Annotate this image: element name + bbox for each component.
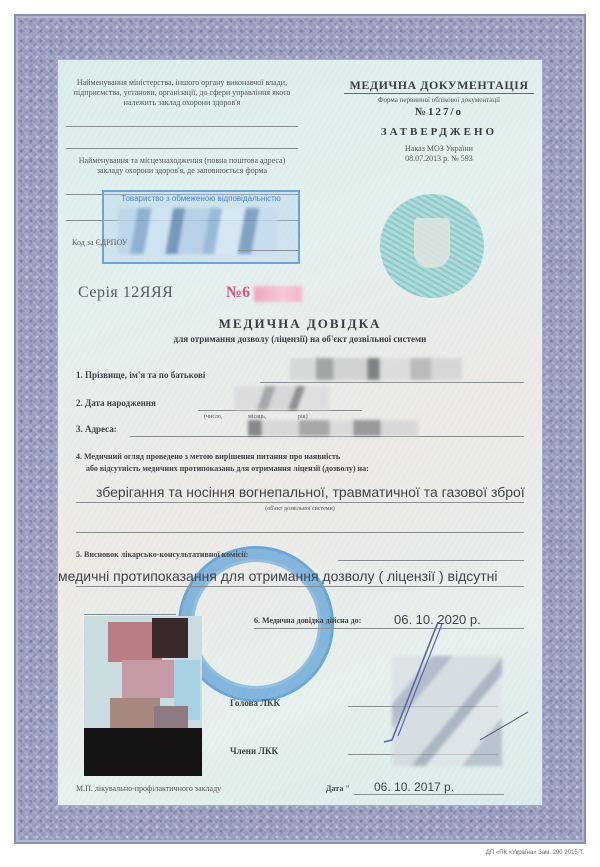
permit-object-value: зберігання та носіння вогнепальної, трав… <box>96 484 525 500</box>
hologram-emblem <box>380 194 484 298</box>
series-label: Серія 12ЯЯЯ <box>78 284 173 302</box>
medical-certificate: Найменування міністерства, іншого органу… <box>58 60 542 805</box>
section6-blank-line <box>84 614 176 615</box>
document-title: МЕДИЧНА ДОВІДКА <box>58 316 542 332</box>
redacted-stamp-content <box>118 208 278 254</box>
field-full-name-label: 1. Прізвище, ім'я та по батькові <box>76 370 205 380</box>
issue-date-line <box>354 794 504 795</box>
section4-text-2: або відсутність медичних протипоказань д… <box>86 464 369 473</box>
section5-label: 5. Висновок лікарсько-консультативної ко… <box>76 550 248 559</box>
field-birthdate-line <box>198 410 362 411</box>
authority-line-2 <box>66 148 298 149</box>
redacted-birthdate <box>234 386 330 410</box>
seal-caption: М.П. лікувально-профілактичного закладу <box>76 784 221 794</box>
redacted-full-name <box>290 358 462 380</box>
commission-head-label: Голова ЛКК <box>230 698 280 708</box>
field-full-name-line <box>260 382 524 383</box>
facility-caption: Найменування та місцезнаходження (повна … <box>66 156 298 176</box>
document-subtitle: для отримання дозволу (ліцензії) на об'є… <box>58 334 542 344</box>
section6-label: 6. Медична довідка дійсна до: <box>254 616 361 625</box>
field-birthdate-label: 2. Дата народження <box>76 398 156 408</box>
signature-stroke-icon <box>372 620 532 750</box>
approved-label: ЗАТВЕРДЖЕНО <box>344 126 534 138</box>
date-label: Дата " <box>326 784 350 793</box>
order-line-2: 08.07.2013 р. № 593 <box>344 154 534 164</box>
print-mark: ДП «ПК «Україна» Зам. 290 2015 Т. <box>486 850 584 856</box>
birthdate-day-caption: (число, <box>204 412 222 422</box>
authority-line <box>66 126 298 127</box>
section4-text-1: 4. Медичний огляд проведено з метою вирі… <box>76 452 340 461</box>
redacted-address <box>248 420 418 436</box>
facility-stamp: Товариство з обмеженою відповідальністю <box>102 190 300 264</box>
section5-line <box>338 560 524 561</box>
commission-members-label: Члени ЛКК <box>230 746 278 756</box>
form-number: №127/о <box>344 106 534 118</box>
issue-date-value: 06. 10. 2017 р. <box>374 780 454 794</box>
field-address-label: 3. Адреса: <box>76 424 117 434</box>
doc-type: МЕДИЧНА ДОКУМЕНТАЦІЯ <box>344 78 534 94</box>
form-caption: Форма первинної облікової документації <box>344 95 534 105</box>
order-line-1: Наказ МОЗ України <box>344 144 534 154</box>
section4-blank-line <box>76 532 524 533</box>
commission-conclusion-value: медичні протипоказання для отримання доз… <box>58 568 542 584</box>
code-line <box>238 250 298 251</box>
facility-stamp-text: Товариство з обмеженою відповідальністю <box>104 194 298 203</box>
field-address-line <box>130 436 524 437</box>
section5-value-line <box>76 586 524 587</box>
code-label: Код за ЄДРПОУ <box>72 238 127 247</box>
authority-caption: Найменування міністерства, іншого органу… <box>66 78 298 108</box>
trident-emblem-icon <box>414 218 450 268</box>
permit-object-line <box>76 502 524 503</box>
photo-redacted <box>84 616 202 776</box>
redacted-serial <box>254 286 302 302</box>
serial-number: №6 <box>226 284 250 302</box>
permit-object-caption: (об'єкт дозвільної системи) <box>58 504 542 514</box>
